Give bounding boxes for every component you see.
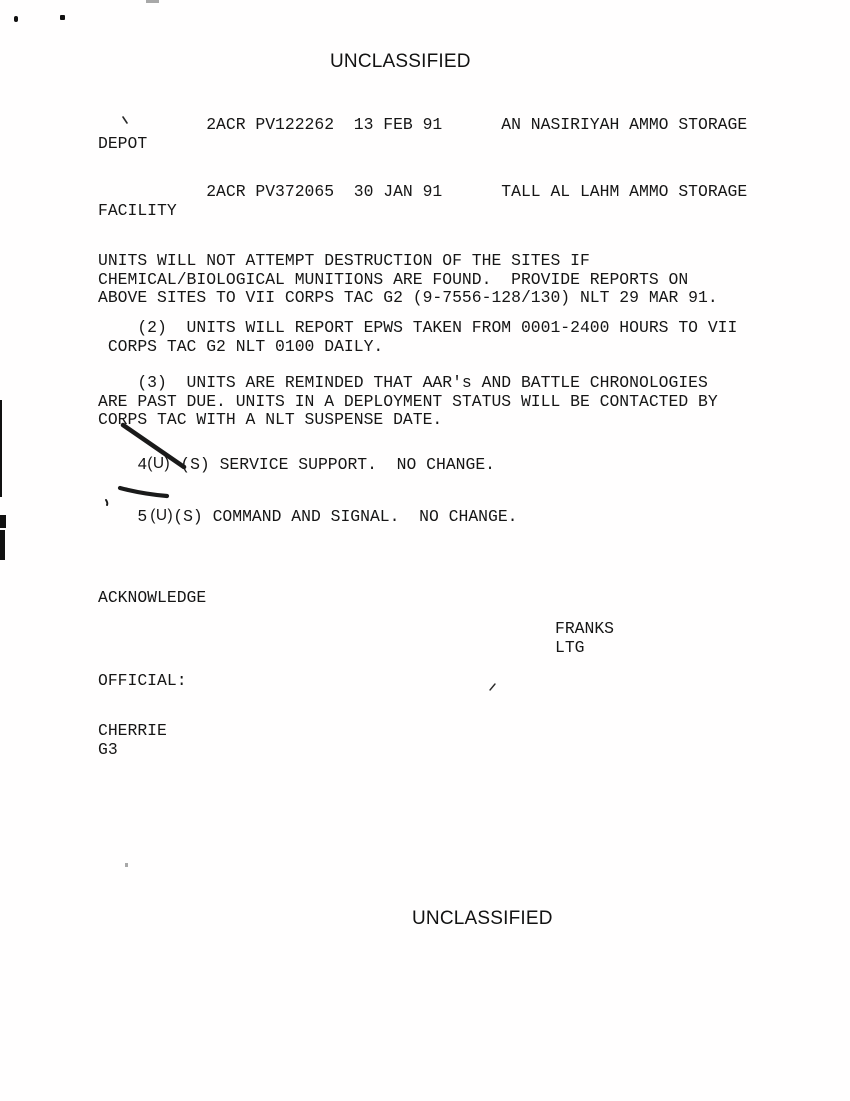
- signature-block-franks: FRANKS LTG: [555, 620, 614, 657]
- item-5-number: 5: [137, 507, 147, 526]
- item-5-s-classification: (S): [173, 507, 203, 526]
- paragraph-item-3: (3) UNITS ARE REMINDED THAT AAR's AND BA…: [98, 374, 718, 430]
- scan-smudge-top-center: [146, 0, 159, 3]
- scan-speck-lower-left: [125, 863, 128, 867]
- classification-header: UNCLASSIFIED: [330, 52, 471, 71]
- line-item-5: 5(U)(S) COMMAND AND SIGNAL. NO CHANGE.: [98, 489, 518, 545]
- scan-artifact-left-thin-line: [0, 400, 2, 497]
- item-4-text: SERVICE SUPPORT. NO CHANGE.: [210, 455, 495, 474]
- line-item-4: 4(U)(S) SERVICE SUPPORT. NO CHANGE.: [98, 437, 495, 493]
- item-4-number: 4: [137, 455, 147, 474]
- item-4-s-classification: (S): [180, 455, 210, 474]
- document-page: UNCLASSIFIED 2ACR PV122262 13 FEB 91 AN …: [0, 0, 850, 1101]
- target-entry-nasiriyah: 2ACR PV122262 13 FEB 91 AN NASIRIYAH AMM…: [98, 116, 747, 153]
- scan-speck-top-left-2: [60, 15, 65, 20]
- item-5-text: COMMAND AND SIGNAL. NO CHANGE.: [203, 507, 518, 526]
- paragraph-chem-warning: UNITS WILL NOT ATTEMPT DESTRUCTION OF TH…: [98, 252, 718, 308]
- item-4-u-annotation: (U): [147, 455, 170, 472]
- target-entry-tall-al-lahm: 2ACR PV372065 30 JAN 91 TALL AL LAHM AMM…: [98, 183, 747, 220]
- scan-artifact-left-bar-upper: [0, 515, 6, 528]
- official-block-cherrie: CHERRIE G3: [98, 722, 167, 759]
- item-5-u-annotation: (U): [150, 507, 173, 524]
- paragraph-item-2: (2) UNITS WILL REPORT EPWS TAKEN FROM 00…: [98, 319, 737, 356]
- official-label: OFFICIAL:: [98, 672, 187, 691]
- acknowledge-line: ACKNOWLEDGE: [98, 589, 206, 608]
- scan-speck-top-left-1: [14, 16, 18, 22]
- pen-tick-mark-official: [487, 682, 499, 694]
- classification-footer: UNCLASSIFIED: [412, 909, 553, 928]
- scan-artifact-left-bar-lower: [0, 530, 5, 560]
